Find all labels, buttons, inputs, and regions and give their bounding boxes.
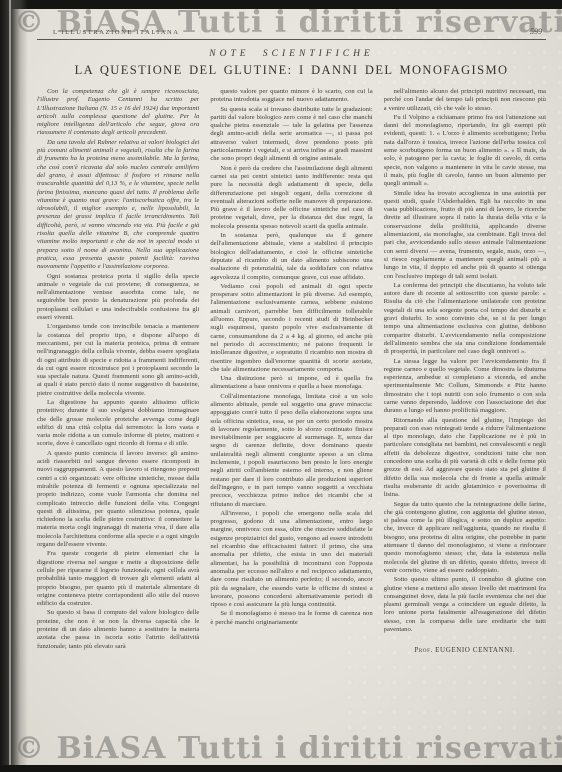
article-paragraph: Simile idea ha trovato accoglienza in un… — [384, 190, 546, 281]
article-paragraph: questo valore per quanto minore è lo sca… — [210, 88, 372, 105]
article-paragraph: Se il monofagismo è messo tra le forme d… — [210, 610, 372, 627]
article-paragraph: A questo punto comincia il lavoro invers… — [37, 450, 199, 550]
section-heading: NOTE SCIENTIFICHE — [37, 49, 546, 59]
journal-name: L'ILLUSTRAZIONE ITALIANA — [53, 29, 180, 36]
article-paragraph: nell'alimento alcuno dei principii nutri… — [384, 88, 546, 113]
article-paragraph: Sotto questo ultimo punto, il connubio d… — [384, 576, 546, 634]
page-number: 599 — [530, 27, 542, 36]
text-column-2: questo valore per quanto minore è lo sca… — [210, 88, 372, 724]
article-paragraph: Ogni sostanza proteica porta il sigillo … — [37, 273, 199, 323]
page-content: L'ILLUSTRAZIONE ITALIANA 599 NOTE SCIENT… — [37, 27, 546, 724]
article-paragraph: Fu il Volpino a richiamare primo fra noi… — [384, 114, 546, 189]
page-spine-shadow — [0, 0, 28, 772]
article-paragraph: Non è però da credere che l'assimilazion… — [210, 165, 372, 231]
article-paragraph: Su questo si basa il computo del valore … — [37, 609, 199, 650]
article-paragraph: La digestione ha appunto questo altissim… — [37, 399, 199, 449]
article-paragraph: La conferma dei principii che discutiamo… — [384, 282, 546, 357]
page-edge-line — [9, 0, 11, 772]
article-title: LA QUESTIONE DEL GLUTINE: I DANNI DEL MO… — [37, 63, 546, 78]
scanned-magazine-page: © BiASA Tutti i diritti riservati L'ILLU… — [0, 0, 562, 772]
article-paragraph: La stessa legge ha valore per l'avvicend… — [384, 358, 546, 416]
article-paragraph: Fra queste congerie di pietre elementari… — [37, 550, 199, 608]
article-paragraph: Da una tavola del Rubner relativa ai val… — [37, 139, 199, 272]
article-paragraph: All'inverso, i popoli che emergono nella… — [210, 510, 372, 610]
article-paragraph: Coll'alimentazione monofaga, limitata ci… — [210, 393, 372, 509]
article-paragraph: Su questa scala si trovano distribuite t… — [210, 106, 372, 164]
scan-border-bottom — [0, 765, 562, 772]
article-columns: Con la competenza che gli è sempre ricon… — [37, 88, 546, 724]
article-paragraph: Una distinzione però si impone, ed è que… — [210, 375, 372, 392]
copyright-watermark-bottom: © BiASA Tutti i diritti riservati — [14, 731, 562, 766]
page-header: L'ILLUSTRAZIONE ITALIANA 599 — [37, 27, 546, 36]
text-column-1: Con la competenza che gli è sempre ricon… — [37, 88, 199, 724]
article-paragraph: Con la competenza che gli è sempre ricon… — [37, 88, 199, 138]
header-rule — [37, 39, 546, 40]
article-paragraph: Vediamo così popoli ed animali di ogni s… — [210, 283, 372, 374]
article-paragraph: L'organismo tende con invincibile tenaci… — [37, 323, 199, 398]
article-paragraph: Ritornando alla questione del glutine, l… — [384, 417, 546, 500]
text-column-3: nell'alimento alcuno dei principii nutri… — [384, 88, 546, 724]
article-paragraph: Segue da tutto questo che la reintegrazi… — [384, 501, 546, 576]
author-signature: Prof. EUGENIO CENTANNI. — [384, 646, 546, 654]
article-paragraph: In sostanza però, qualunque sia il gener… — [210, 232, 372, 282]
